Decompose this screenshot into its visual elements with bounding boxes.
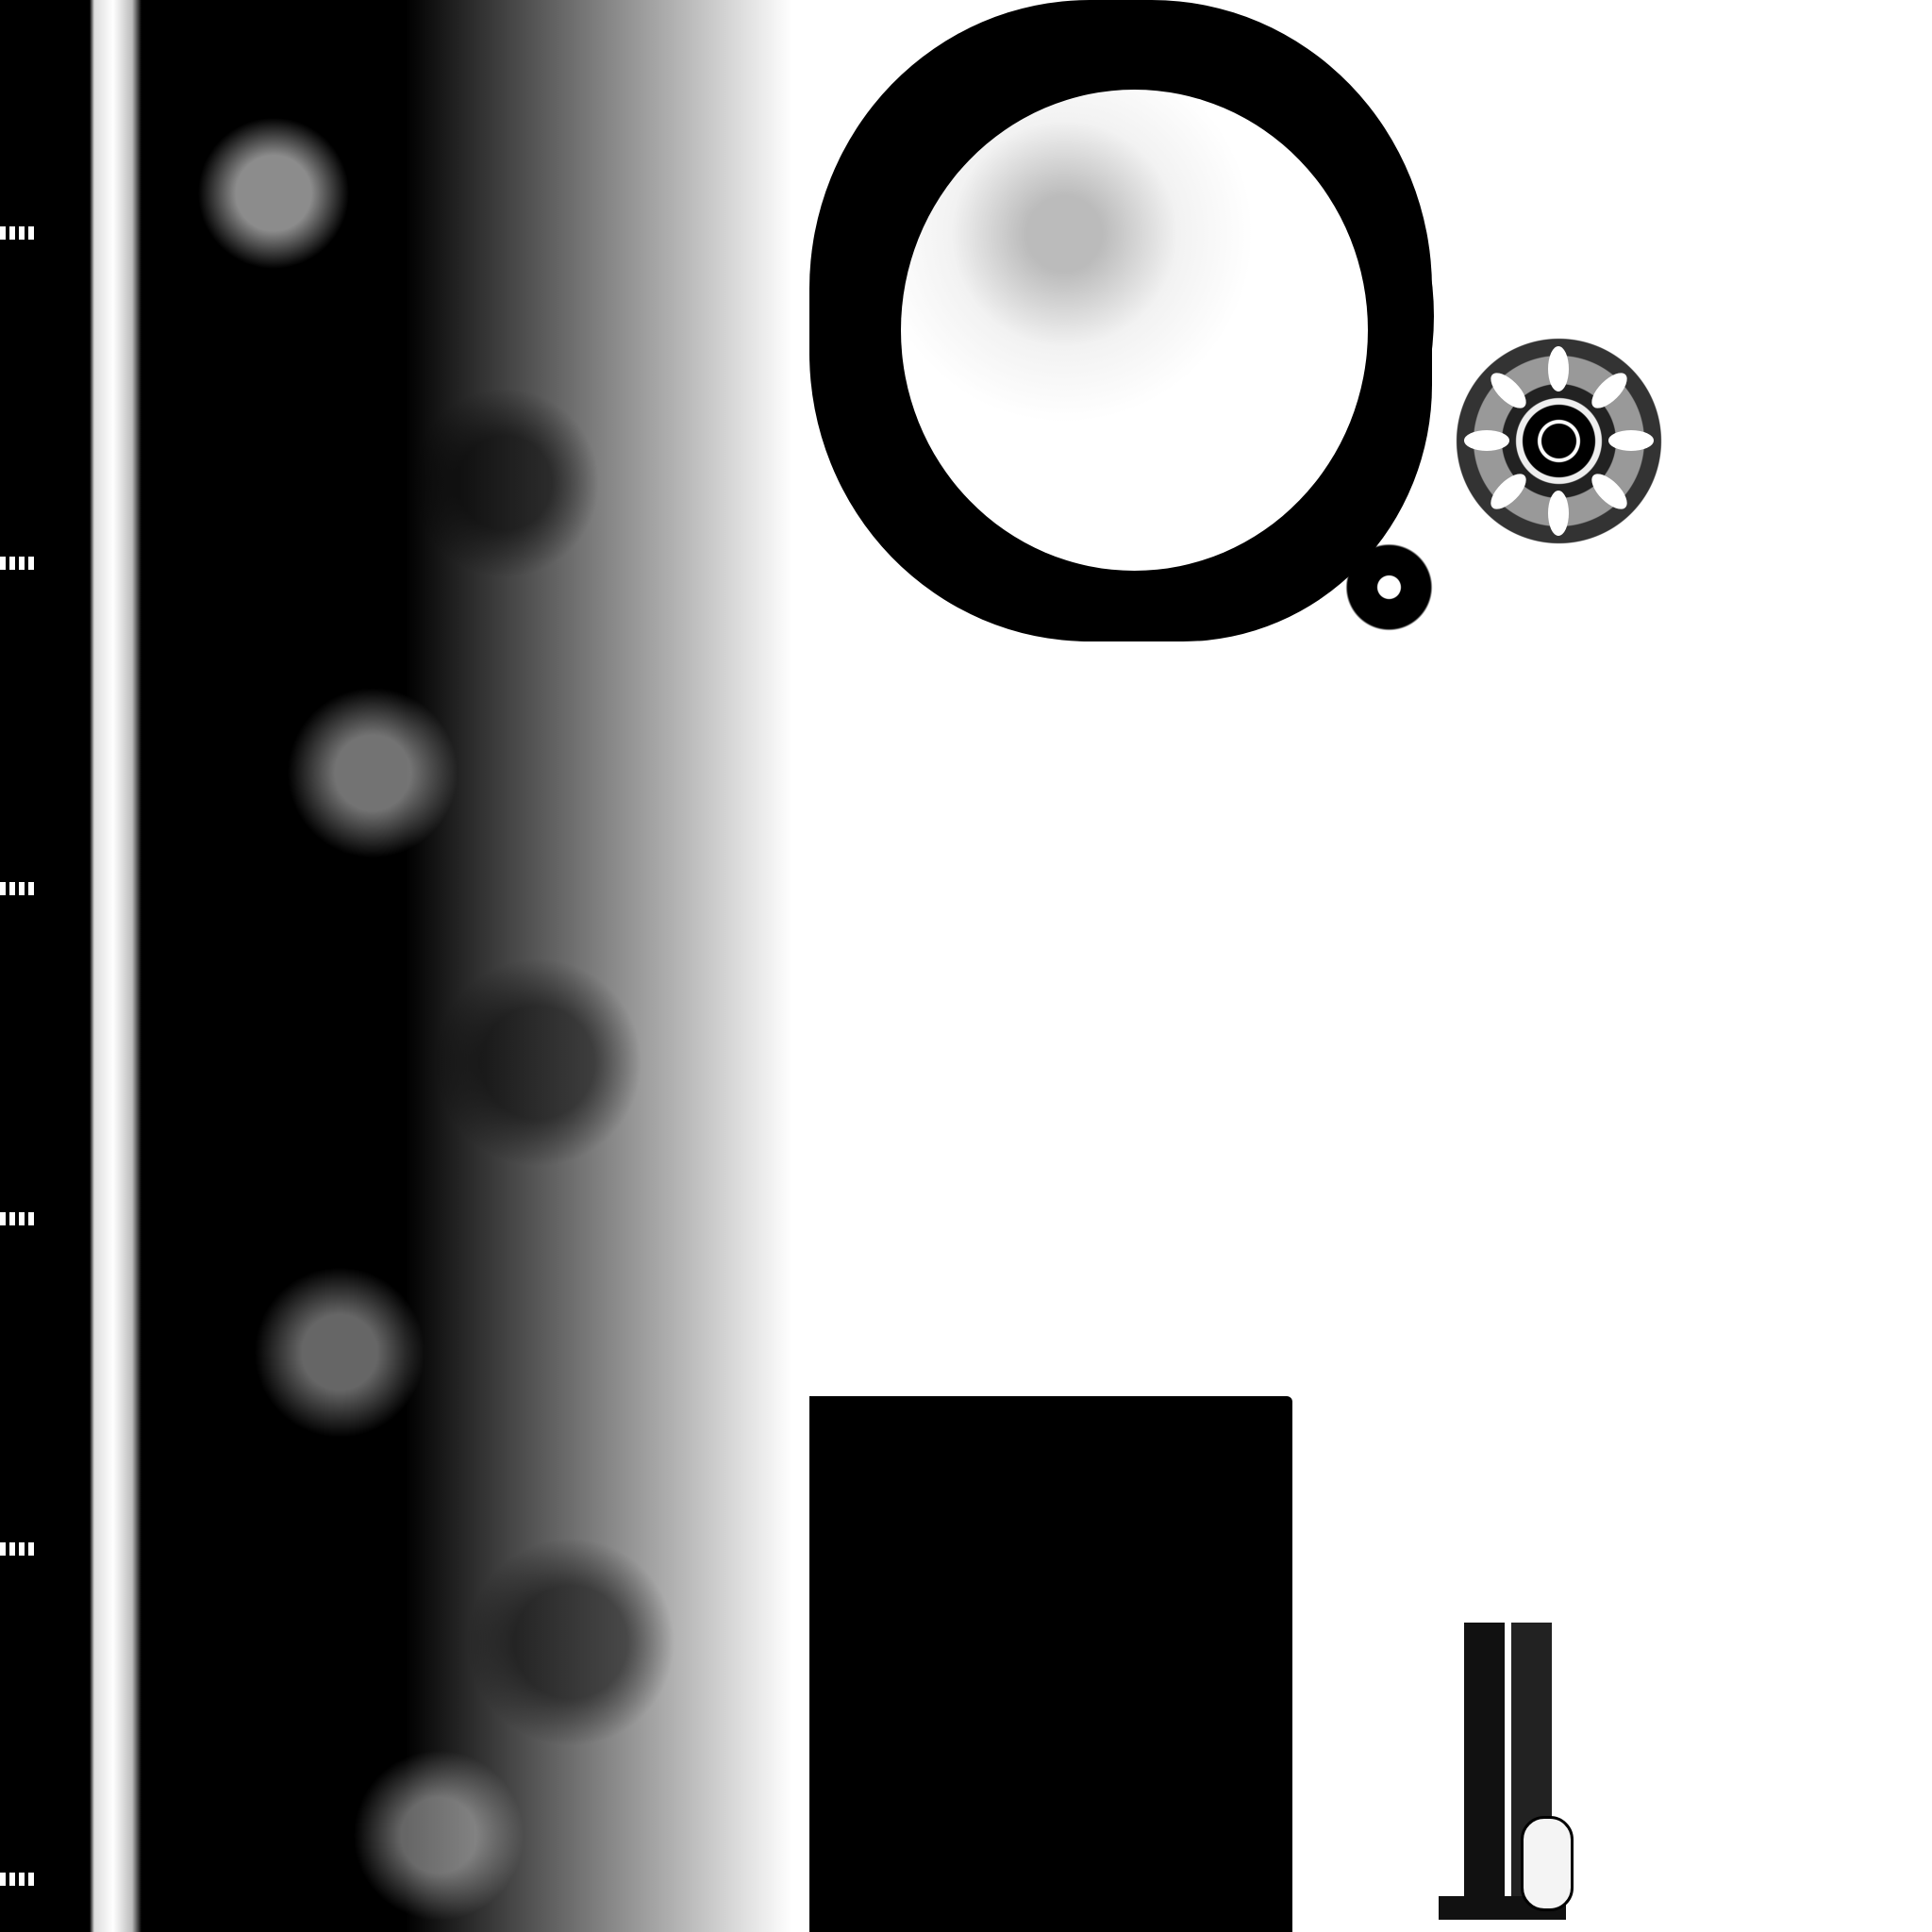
gear-petal [1586, 468, 1632, 514]
strip-seam-mark [0, 557, 38, 570]
gear-petal [1548, 491, 1569, 536]
gear-petal [1608, 430, 1654, 451]
gear-petal [1586, 367, 1632, 413]
grime-noise-overlay [142, 0, 802, 1932]
texture-canvas [0, 0, 1932, 1932]
gear-petal [1548, 346, 1569, 391]
gear-medallion [1453, 335, 1665, 547]
small-ring [1344, 542, 1434, 632]
strip-seam-mark [0, 1212, 38, 1225]
black-block [809, 1396, 1292, 1932]
strip-seam-mark [0, 882, 38, 895]
strip-seam-mark [0, 226, 38, 240]
gear-petal [1485, 468, 1531, 514]
gear-petal [1464, 430, 1509, 451]
mirror-disc [901, 90, 1368, 571]
gear-petal [1485, 367, 1531, 413]
strip-seam-mark [0, 1873, 38, 1886]
pill-shape [1521, 1816, 1574, 1911]
strip-seam-mark [0, 1542, 38, 1556]
